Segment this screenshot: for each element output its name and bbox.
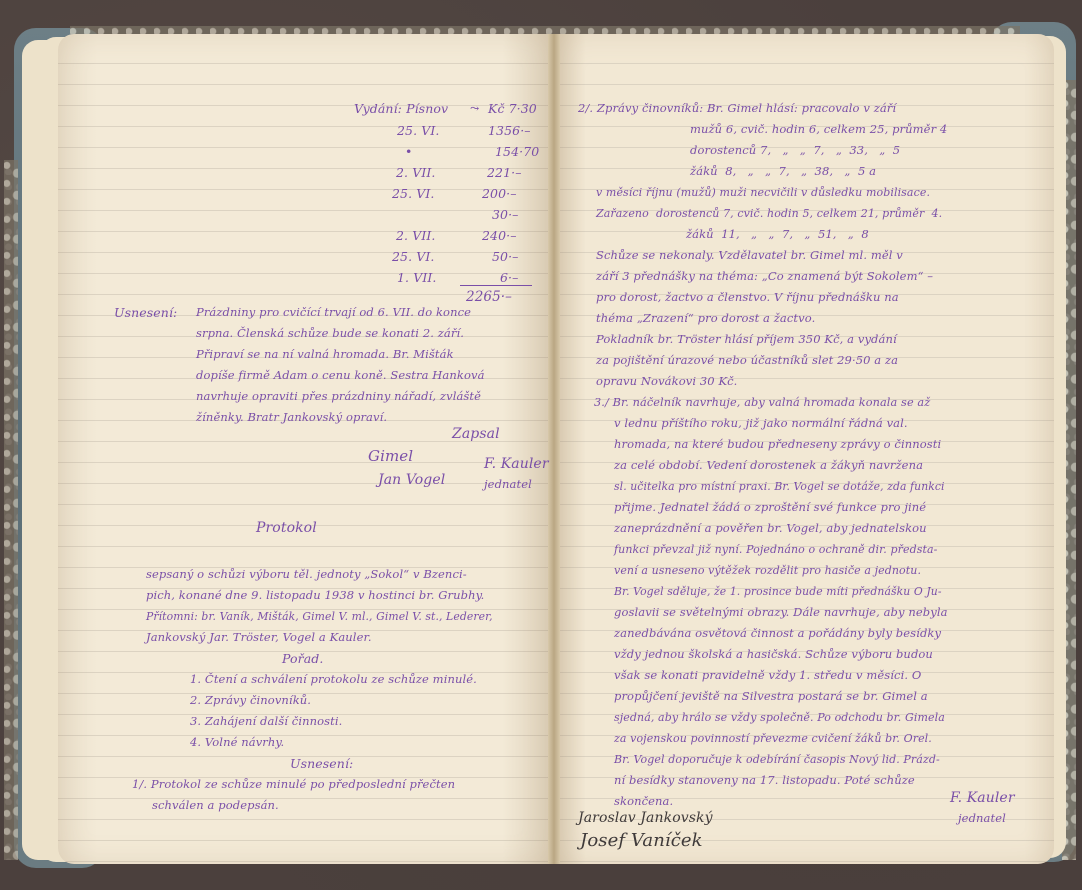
activity-line: propůjčení jeviště na Silvestra postará … — [614, 686, 928, 707]
ledger-date: • — [405, 141, 412, 162]
ledger-total-rule — [460, 285, 532, 286]
report-line: Pokladník br. Tröster hlásí příjem 350 K… — [596, 329, 897, 350]
report-line: Schůze se nekonaly. Vzdělavatel br. Gime… — [596, 245, 903, 266]
left-page — [58, 34, 552, 864]
ledger-amount: 30·– — [492, 204, 519, 225]
activity-line: hromada, na které budou předneseny zpráv… — [614, 434, 941, 455]
protocol-intro-line: pich, konané dne 9. listopadu 1938 v hos… — [146, 585, 484, 606]
activity-line: zanedbávána osvětová činnost a pořádány … — [614, 623, 941, 644]
report-line: za pojištění úrazové nebo účastníků slet… — [596, 350, 898, 371]
ledger-amount: 50·– — [492, 246, 519, 267]
resolution-line: Prázdniny pro cvičící trvají od 6. VII. … — [196, 302, 471, 323]
report-line: Zařazeno dorostenců 7, cvič. hodin 5, ce… — [596, 203, 942, 224]
report-line: dorostenců 7, „ „ 7, „ 33, „ 5 — [690, 140, 900, 161]
resolution-line: dopíše firmě Adam o cenu koně. Sestra Ha… — [196, 365, 485, 386]
agenda-item: 4. Volné návrhy. — [190, 732, 284, 753]
report-line: v měsíci říjnu (mužů) muži necvičili v d… — [596, 182, 930, 203]
agenda-item: 3. Zahájení další činnosti. — [190, 711, 342, 732]
activity-line: vení a usneseno výtěžek rozdělit pro has… — [614, 560, 921, 581]
book-gutter — [548, 34, 560, 864]
activity-line: goslavii se světelnými obrazy. Dále navr… — [614, 602, 948, 623]
resolution-line: navrhuje opraviti přes prázdniny nářadí,… — [196, 386, 481, 407]
activity-line: sjedná, aby hrálo se vždy společně. Po o… — [614, 707, 945, 728]
report-line: žáků 11, „ „ 7, „ 51, „ 8 — [686, 224, 869, 245]
signature-kauler: F. Kauler — [484, 454, 549, 475]
activity-line: Br. Vogel doporučuje k odebírání časopis… — [614, 749, 940, 770]
protocol-intro-line: sepsaný o schůzi výboru těl. jednoty „So… — [146, 564, 467, 585]
agenda-title: Pořad. — [282, 648, 323, 669]
resolutions-title: Usnesení: — [290, 753, 353, 774]
zapsal-label: Zapsal — [452, 424, 500, 445]
report-line: žáků 8, „ „ 7, „ 38, „ 5 a — [690, 161, 876, 182]
signature-kauler-right-role: jednatel — [958, 808, 1006, 829]
ledger-amount: 1356·– — [488, 120, 531, 141]
resolution-item: 1/. Protokol ze schůze minulé po předpos… — [132, 774, 455, 795]
ledger-header-value: Kč 7·30 — [488, 98, 537, 119]
protocol-intro-line: Jankovský Jar. Tröster, Vogel a Kauler. — [146, 627, 372, 648]
agenda-item: 1. Čtení a schválení protokolu ze schůze… — [190, 669, 477, 690]
ledger-date: 25. VI. — [397, 120, 440, 141]
ledger-amount: 221·– — [487, 162, 522, 183]
agenda-item: 2. Zprávy činovníků. — [190, 690, 311, 711]
report-line: září 3 přednášky na théma: „Co znamená b… — [596, 266, 933, 287]
signature-kauler-right: F. Kauler — [950, 788, 1015, 809]
signature-jankovsky: Jaroslav Jankovský — [578, 808, 713, 829]
activity-line: vždy jednou školská a hasičská. Schůze v… — [614, 644, 933, 665]
report-line: 2/. Zprávy činovníků: Br. Gimel hlásí: p… — [578, 98, 896, 119]
ledger-date: 25. VI. — [392, 183, 435, 204]
signature-vogel: Jan Vogel — [378, 470, 445, 491]
signature-kauler-role: jednatel — [484, 474, 532, 495]
ledger-amount: 200·– — [482, 183, 517, 204]
ledger-date: 25. VI. — [392, 246, 435, 267]
ledger-date: 2. VII. — [396, 225, 435, 246]
activity-line: sl. učitelka pro místní praxi. Br. Vogel… — [614, 476, 945, 497]
report-line: opravu Novákovi 30 Kč. — [596, 371, 737, 392]
resolution-line: žíněnky. Bratr Jankovský opraví. — [196, 407, 387, 428]
activity-line: funkci převzal již nyní. Pojednáno o och… — [614, 539, 937, 560]
arrow-mark-icon: ⤳ — [470, 98, 479, 119]
signature-vanicek: Josef Vaníček — [580, 830, 703, 851]
resolution-line: Připraví se na ní valná hromada. Br. Miš… — [196, 344, 454, 365]
activity-line: zaneprázdnění a pověřen br. Vogel, aby j… — [614, 518, 927, 539]
activity-line: za vojenskou povinností převezme cvičení… — [614, 728, 932, 749]
activity-line: však se konati pravidelně vždy 1. středu… — [614, 665, 921, 686]
signature-gimel: Gimel — [368, 446, 413, 467]
activity-line: přijme. Jednatel žádá o zproštění své fu… — [614, 497, 926, 518]
report-line: mužů 6, cvič. hodin 6, celkem 25, průměr… — [690, 119, 947, 140]
ledger-date: 1. VII. — [397, 267, 436, 288]
activity-line: v lednu příštího roku, již jako normální… — [614, 413, 908, 434]
resolution-item: schválen a podepsán. — [152, 795, 279, 816]
activity-line: 3./ Br. náčelník navrhuje, aby valná hro… — [594, 392, 930, 413]
resolution-line: srpna. Členská schůze bude se konati 2. … — [196, 323, 464, 344]
ledger-amount: 154·70 — [495, 141, 539, 162]
protocol-intro-line: Přítomni: br. Vaník, Mišták, Gimel V. ml… — [146, 606, 493, 627]
resolution-label: Usnesení: — [114, 302, 177, 323]
cover-marble-left — [4, 160, 18, 860]
activity-line: ní besídky stanoveny na 17. listopadu. P… — [614, 770, 915, 791]
cover-marble-top — [70, 26, 1020, 34]
report-line: pro dorost, žactvo a členstvo. V říjnu p… — [596, 287, 899, 308]
protocol-title: Protokol — [256, 518, 317, 539]
activity-line: Br. Vogel sděluje, že 1. prosince bude m… — [614, 581, 942, 602]
ledger-total: 2265·– — [466, 287, 512, 308]
activity-line: za celé období. Vedení dorostenek a žáky… — [614, 455, 923, 476]
report-line: théma „Zrazení“ pro dorost a žactvo. — [596, 308, 815, 329]
ledger-date: 2. VII. — [396, 162, 435, 183]
ledger-amount: 240·– — [482, 225, 517, 246]
ledger-header-label: Vydání: Písnov — [354, 98, 448, 119]
